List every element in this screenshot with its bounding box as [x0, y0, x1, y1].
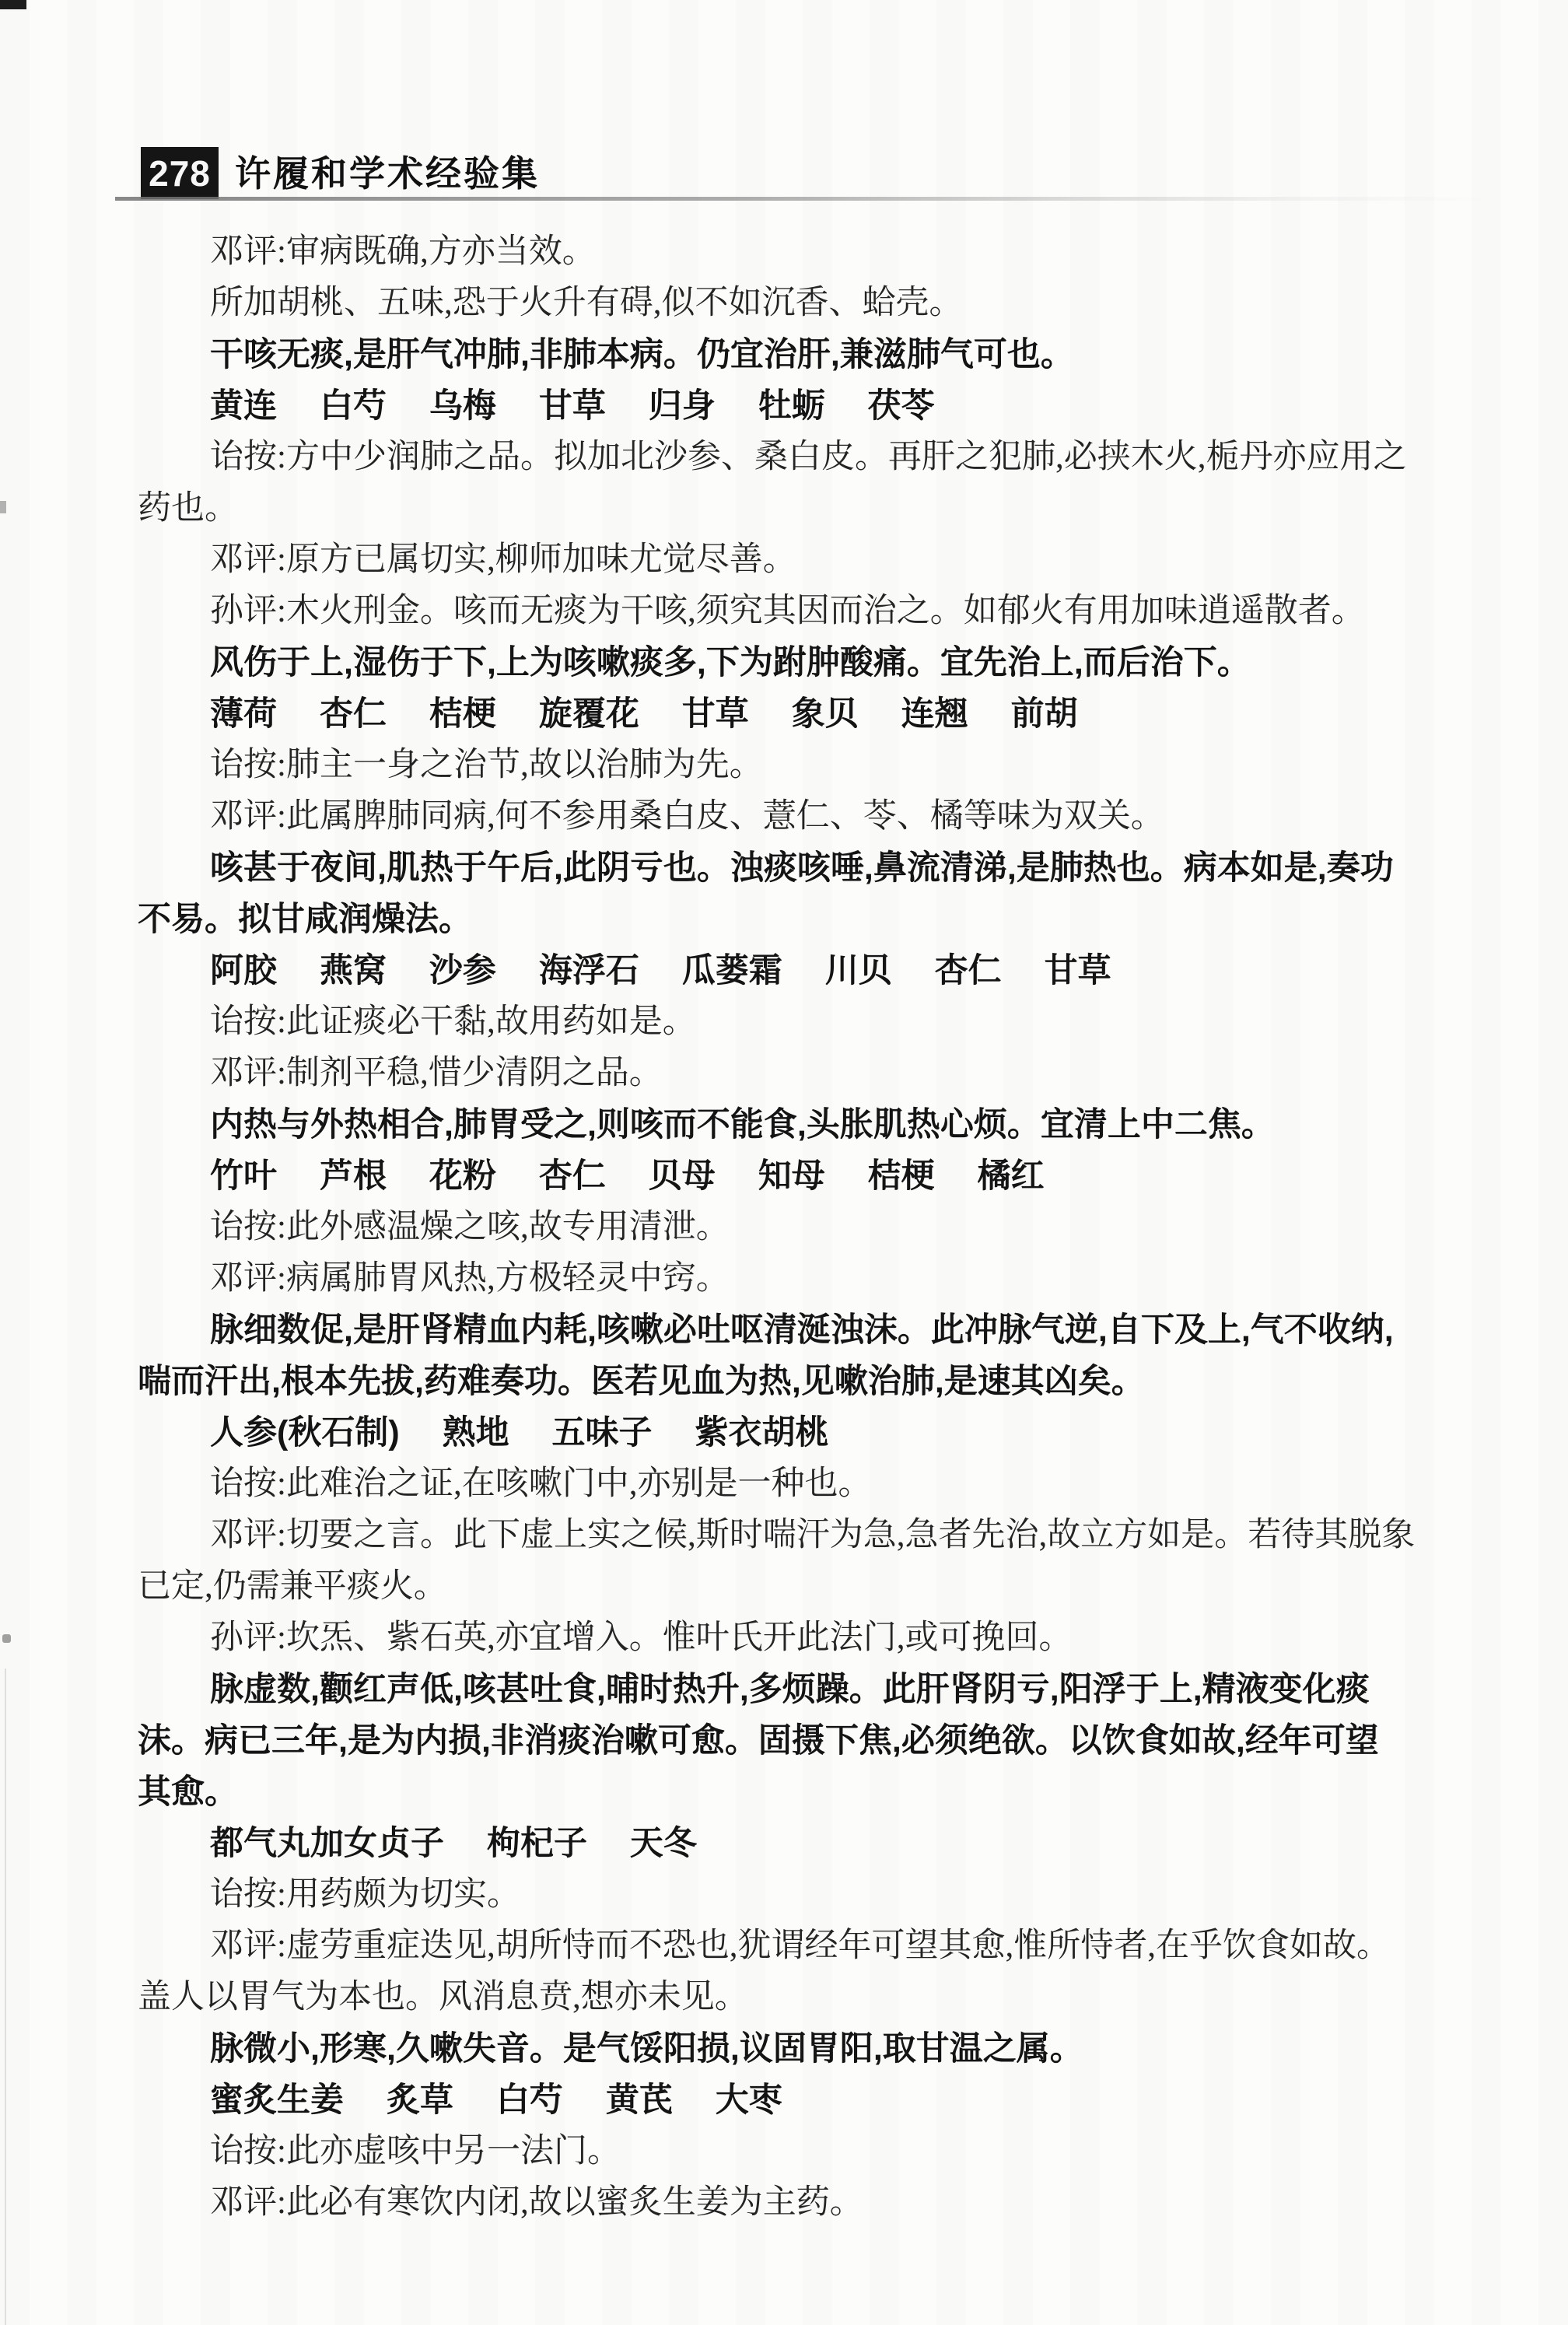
text-line: 黄连 白芍 乌梅 甘草 归身 牡蛎 茯苓 [138, 380, 1480, 432]
text-line: 邓评:切要之言。此下虚上实之候,斯时喘汗为急,急者先治,故立方如是。若待其脱象 [138, 1510, 1480, 1561]
page-number: 278 [149, 156, 211, 191]
page-number-badge: 278 [141, 147, 219, 199]
scan-edge-shadow [5, 1668, 6, 2325]
text-line: 风伤于上,湿伤于下,上为咳嗽痰多,下为跗肿酸痛。宜先治上,而后治下。 [138, 637, 1480, 688]
text-line: 邓评:此属脾肺同病,何不参用桑白皮、薏仁、苓、橘等味为双关。 [138, 791, 1480, 842]
text-line: 咳甚于夜间,肌热于午后,此阴亏也。浊痰咳唾,鼻流清涕,是肺热也。病本如是,奏功 [138, 842, 1480, 894]
text-line: 邓评:虚劳重症迭见,胡所恃而不恐也,犹谓经年可望其愈,惟所恃者,在乎饮食如故。 [138, 1921, 1480, 1972]
text-line: 脉虚数,颧红声低,咳甚吐食,晡时热升,多烦躁。此肝肾阴亏,阳浮于上,精液变化痰 [138, 1664, 1480, 1715]
text-line: 邓评:此必有寒饮内闭,故以蜜炙生姜为主药。 [138, 2177, 1480, 2229]
header-divider [115, 197, 1486, 201]
text-line: 内热与外热相合,肺胃受之,则咳而不能食,头胀肌热心烦。宜清上中二焦。 [138, 1099, 1480, 1150]
text-line: 诒按:方中少润肺之品。拟加北沙参、桑白皮。再肝之犯肺,必挟木火,栀丹亦应用之 [138, 432, 1480, 483]
text-line: 阿胶 燕窝 沙参 海浮石 瓜蒌霜 川贝 杏仁 甘草 [138, 945, 1480, 996]
text-line: 孙评:坎炁、紫石英,亦宜增入。惟叶氏开此法门,或可挽回。 [138, 1612, 1480, 1664]
text-line: 蜜炙生姜 炙草 白芍 黄芪 大枣 [138, 2075, 1480, 2126]
text-line: 都气丸加女贞子 枸杞子 天冬 [138, 1818, 1480, 1869]
text-line: 其愈。 [138, 1767, 1480, 1818]
scanned-book-page: 278 许履和学术经验集 邓评:审病既确,方亦当效。所加胡桃、五味,恐于火升有碍… [0, 0, 1568, 2325]
scan-artifact-smudge [0, 501, 6, 513]
text-line: 人参(秋石制) 熟地 五味子 紫衣胡桃 [138, 1407, 1480, 1458]
text-line: 已定,仍需兼平痰火。 [138, 1561, 1480, 1612]
text-line: 诒按:此亦虚咳中另一法门。 [138, 2126, 1480, 2177]
text-line: 诒按:此外感温燥之咳,故专用清泄。 [138, 1202, 1480, 1253]
text-line: 孙评:木火刑金。咳而无痰为干咳,须究其因而治之。如郁火有用加味逍遥散者。 [138, 586, 1480, 637]
text-line: 脉细数促,是肝肾精血内耗,咳嗽必吐呕清涎浊沫。此冲脉气逆,自下及上,气不收纳, [138, 1304, 1480, 1356]
text-line: 沫。病已三年,是为内损,非消痰治嗽可愈。固摄下焦,必须绝欲。以饮食如故,经年可望 [138, 1715, 1480, 1767]
text-line: 喘而汗出,根本先拔,药难奏功。医若见血为热,见嗽治肺,是速其凶矣。 [138, 1356, 1480, 1407]
text-line: 邓评:审病既确,方亦当效。 [138, 226, 1480, 278]
text-line: 诒按:用药颇为切实。 [138, 1869, 1480, 1921]
text-line: 药也。 [138, 483, 1480, 534]
text-line: 所加胡桃、五味,恐于火升有碍,似不如沉香、蛤壳。 [138, 278, 1480, 329]
text-line: 邓评:制剂平稳,惜少清阴之品。 [138, 1048, 1480, 1099]
text-line: 竹叶 芦根 花粉 杏仁 贝母 知母 桔梗 橘红 [138, 1150, 1480, 1202]
text-line: 不易。拟甘咸润燥法。 [138, 894, 1480, 945]
page-header: 278 许履和学术经验集 [141, 147, 540, 199]
text-line: 邓评:原方已属切实,柳师加味尤觉尽善。 [138, 534, 1480, 586]
text-line: 邓评:病属肺胃风热,方极轻灵中窍。 [138, 1253, 1480, 1304]
text-line: 诒按:此难治之证,在咳嗽门中,亦别是一种也。 [138, 1458, 1480, 1510]
text-line: 诒按:肺主一身之治节,故以治肺为先。 [138, 740, 1480, 791]
text-line: 薄荷 杏仁 桔梗 旋覆花 甘草 象贝 连翘 前胡 [138, 688, 1480, 740]
scan-artifact-dot [2, 1634, 11, 1643]
scan-artifact-speck [0, 0, 26, 9]
body-text: 邓评:审病既确,方亦当效。所加胡桃、五味,恐于火升有碍,似不如沉香、蛤壳。干咳无… [138, 226, 1480, 2229]
text-line: 干咳无痰,是肝气冲肺,非肺本病。仍宜治肝,兼滋肺气可也。 [138, 329, 1480, 380]
text-line: 脉微小,形寒,久嗽失音。是气馁阳损,议固胃阳,取甘温之属。 [138, 2023, 1480, 2075]
book-title: 许履和学术经验集 [235, 156, 540, 191]
text-line: 诒按:此证痰必干黏,故用药如是。 [138, 996, 1480, 1048]
text-line: 盖人以胃气为本也。风消息贲,想亦未见。 [138, 1972, 1480, 2023]
